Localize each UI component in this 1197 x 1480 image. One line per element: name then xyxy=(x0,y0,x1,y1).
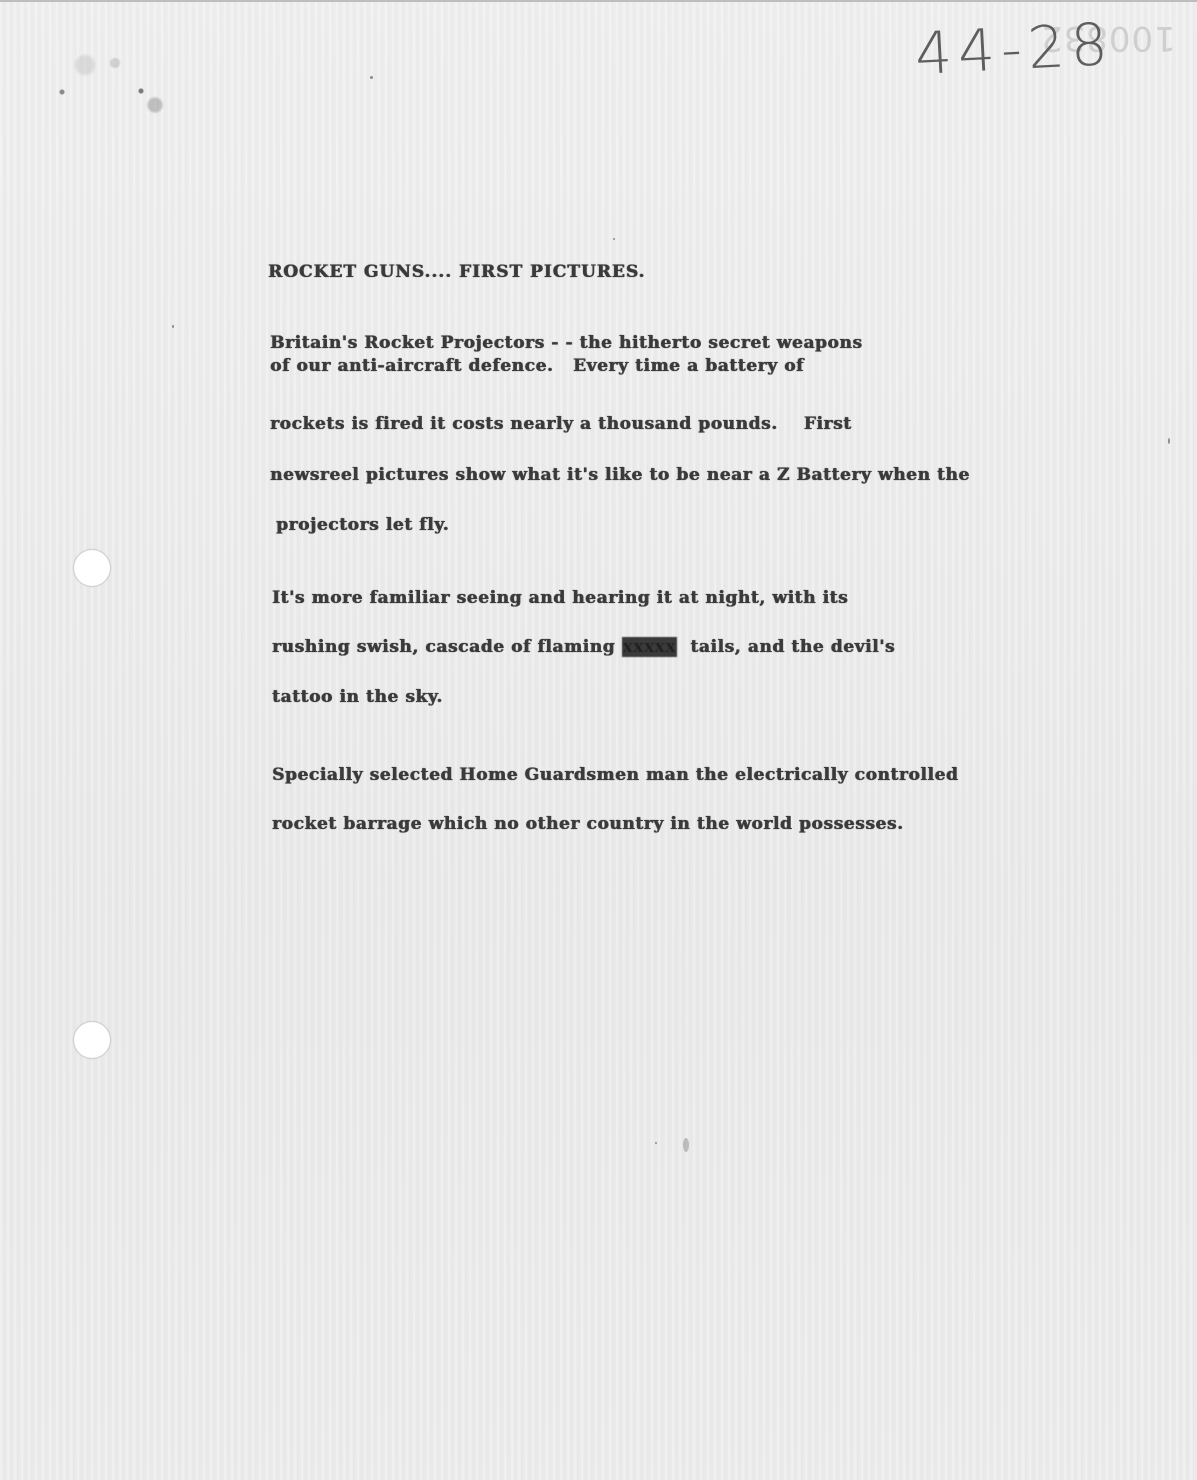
handwritten-reference-number: 44-28 xyxy=(913,10,1115,88)
text-line: projectors let fly. xyxy=(276,515,449,535)
text-line: tattoo in the sky. xyxy=(272,687,443,707)
paper-speck xyxy=(613,238,615,240)
text-segment: tails, and the devil's xyxy=(677,637,895,657)
punch-hole xyxy=(74,1022,110,1058)
paper-speck xyxy=(655,1142,657,1144)
paper-speck xyxy=(172,325,174,328)
struck-out-word: xxxxx xyxy=(622,637,678,657)
punch-hole xyxy=(74,550,110,586)
paper-speck xyxy=(370,76,373,79)
text-line-with-strikeout: rushing swish, cascade of flaming xxxxx … xyxy=(272,637,895,657)
text-line: Britain's Rocket Projectors - - the hith… xyxy=(270,333,863,353)
document-title: ROCKET GUNS.... FIRST PICTURES. xyxy=(268,262,645,282)
text-segment: rushing swish, cascade of flaming xyxy=(272,637,622,657)
page-top-edge xyxy=(0,0,1197,2)
paper-speck xyxy=(1168,438,1170,444)
document-page: 100832 44-28 ROCKET GUNS.... FIRST PICTU… xyxy=(0,0,1197,1480)
paper-speck xyxy=(683,1138,689,1152)
text-line: newsreel pictures show what it's like to… xyxy=(270,465,970,485)
text-line: Specially selected Home Guardsmen man th… xyxy=(272,765,958,785)
text-line: rockets is fired it costs nearly a thous… xyxy=(270,414,852,434)
text-line: It's more familiar seeing and hearing it… xyxy=(272,588,848,608)
paper-smudge xyxy=(25,25,175,145)
text-line: of our anti-aircraft defence. Every time… xyxy=(270,356,804,376)
text-line: rocket barrage which no other country in… xyxy=(272,814,904,834)
